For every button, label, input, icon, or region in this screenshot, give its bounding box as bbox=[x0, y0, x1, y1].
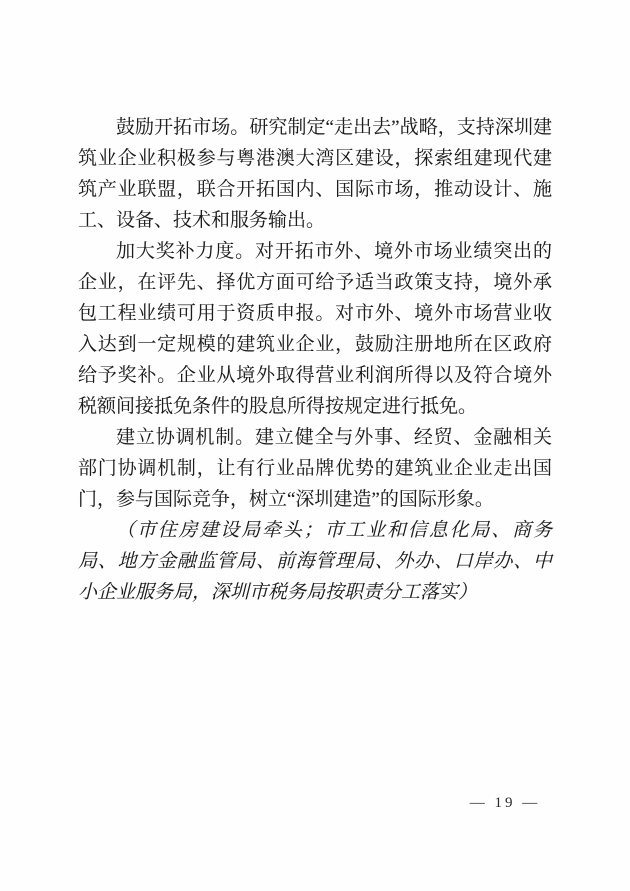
paragraph-establish-coordination-mechanism: 建立协调机制。建立健全与外事、经贸、金融相关部门协调机制，让有行业品牌优势的建筑… bbox=[78, 422, 552, 515]
paragraph-responsible-departments: （市住房建设局牵头；市工业和信息化局、商务局、地方金融监管局、前海管理局、外办、… bbox=[78, 515, 552, 608]
document-body: 鼓励开拓市场。研究制定“走出去”战略，支持深圳建筑业企业积极参与粤港澳大湾区建设… bbox=[78, 112, 552, 608]
paragraph-increase-reward-subsidy: 加大奖补力度。对开拓市外、境外市场业绩突出的企业，在评先、择优方面可给予适当政策… bbox=[78, 236, 552, 422]
page-number: — 19 — bbox=[430, 795, 580, 812]
document-page: 鼓励开拓市场。研究制定“走出去”战略，支持深圳建筑业企业积极参与粤港澳大湾区建设… bbox=[0, 0, 630, 891]
paragraph-encourage-market-expansion: 鼓励开拓市场。研究制定“走出去”战略，支持深圳建筑业企业积极参与粤港澳大湾区建设… bbox=[78, 112, 552, 236]
